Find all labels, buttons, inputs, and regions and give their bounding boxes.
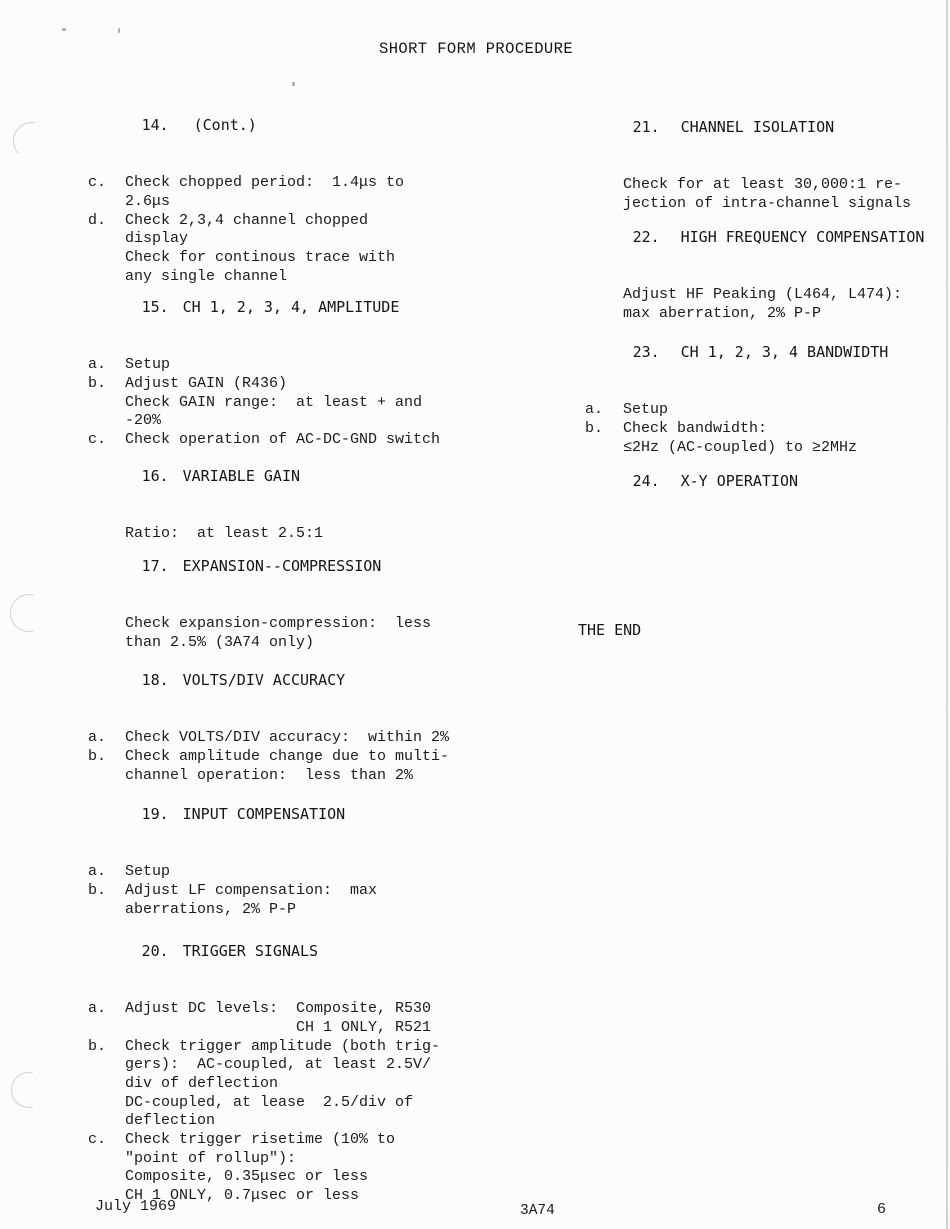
entry-row: c. Check chopped period: 1.4μs to 2.6μs bbox=[88, 174, 404, 211]
entry-row: a. Setup bbox=[88, 863, 377, 882]
entry-label: d. bbox=[88, 212, 125, 231]
punch-hole-mark bbox=[11, 1072, 47, 1108]
item-heading-row: 21.CHANNEL ISOLATION bbox=[575, 99, 911, 156]
entry-label: b. bbox=[585, 420, 623, 439]
entry-row: b. Check trigger amplitude (both trig- g… bbox=[88, 1038, 440, 1132]
entry-row: b. Check bandwidth: ≤2Hz (AC-coupled) to… bbox=[585, 420, 888, 457]
item-number: 16. bbox=[142, 467, 183, 486]
entry-label: c. bbox=[88, 431, 125, 450]
item-heading-row: 24.X-Y OPERATION bbox=[575, 453, 798, 510]
entry-text: Setup bbox=[125, 356, 170, 375]
entry-text: Adjust LF compensation: max aberrations,… bbox=[125, 882, 377, 919]
procedure-item-23: 23.CH 1, 2, 3, 4 BANDWIDTH a. Setup b. C… bbox=[575, 324, 888, 457]
entry-label: b. bbox=[88, 1038, 125, 1057]
item-heading-row: 20.TRIGGER SIGNALS bbox=[84, 923, 440, 980]
entry-label: a. bbox=[88, 356, 125, 375]
procedure-item-14: 14.(Cont.) c. Check chopped period: 1.4μ… bbox=[84, 97, 404, 286]
entry-row: a. Setup bbox=[585, 401, 888, 420]
procedure-item-20: 20.TRIGGER SIGNALS a. Adjust DC levels: … bbox=[84, 923, 440, 1206]
procedure-item-18: 18.VOLTS/DIV ACCURACY a. Check VOLTS/DIV… bbox=[84, 652, 449, 785]
entry-row: d. Check 2,3,4 channel chopped display C… bbox=[88, 212, 404, 287]
item-heading-row: 14.(Cont.) bbox=[84, 97, 404, 154]
entry-row: b. Check amplitude change due to multi- … bbox=[88, 748, 449, 785]
entry-text: Check trigger risetime (10% to "point of… bbox=[125, 1131, 395, 1206]
scan-speck bbox=[118, 28, 120, 33]
scan-speck bbox=[292, 82, 295, 86]
item-heading-row: 15.CH 1, 2, 3, 4, AMPLITUDE bbox=[84, 279, 440, 336]
punch-hole-mark bbox=[13, 122, 51, 160]
entry-text: Check amplitude change due to multi- cha… bbox=[125, 748, 449, 785]
item-heading-row: 18.VOLTS/DIV ACCURACY bbox=[84, 652, 449, 709]
item-number: 24. bbox=[633, 472, 681, 491]
entry-text: Check chopped period: 1.4μs to 2.6μs bbox=[125, 174, 404, 211]
item-number: 19. bbox=[142, 805, 183, 824]
item-heading: CH 1, 2, 3, 4 BANDWIDTH bbox=[681, 343, 889, 361]
entry-text: Check 2,3,4 channel chopped display Chec… bbox=[125, 212, 395, 287]
item-heading: X-Y OPERATION bbox=[681, 472, 798, 490]
scan-speck bbox=[62, 28, 66, 31]
entry-label: a. bbox=[88, 729, 125, 748]
entry-row: a. Adjust DC levels: Composite, R530 CH … bbox=[88, 1000, 440, 1037]
procedure-item-15: 15.CH 1, 2, 3, 4, AMPLITUDE a. Setup b. … bbox=[84, 279, 440, 450]
footer-date: July 1969 bbox=[95, 1198, 176, 1215]
entry-text: Adjust GAIN (R436) Check GAIN range: at … bbox=[125, 375, 422, 431]
item-entries: a. Setup b. Adjust LF compensation: max … bbox=[88, 863, 377, 919]
entry-row: b. Adjust LF compensation: max aberratio… bbox=[88, 882, 377, 919]
item-heading-row: 22.HIGH FREQUENCY COMPENSATION bbox=[575, 209, 924, 266]
entry-text: Check VOLTS/DIV accuracy: within 2% bbox=[125, 729, 449, 748]
item-number: 21. bbox=[633, 118, 681, 137]
item-number: 20. bbox=[142, 942, 183, 961]
item-entries: a. Setup b. Adjust GAIN (R436) Check GAI… bbox=[88, 356, 440, 450]
item-number: 23. bbox=[633, 343, 681, 362]
item-heading: (Cont.) bbox=[194, 116, 257, 134]
item-heading-row: 23.CH 1, 2, 3, 4 BANDWIDTH bbox=[575, 324, 888, 381]
item-heading-row: 19.INPUT COMPENSATION bbox=[84, 786, 377, 843]
item-entries: a. Setup b. Check bandwidth: ≤2Hz (AC-co… bbox=[585, 401, 888, 457]
footer-page-number: 6 bbox=[877, 1201, 886, 1218]
entry-label: c. bbox=[88, 1131, 125, 1150]
item-number: 14. bbox=[142, 116, 183, 135]
item-heading-row: 17.EXPANSION--COMPRESSION bbox=[84, 538, 431, 595]
entry-label: b. bbox=[88, 375, 125, 394]
entry-row: c. Check operation of AC-DC-GND switch bbox=[88, 431, 440, 450]
closing-text: THE END bbox=[578, 621, 641, 639]
entry-text: Adjust DC levels: Composite, R530 CH 1 O… bbox=[125, 1000, 431, 1037]
punch-hole-mark bbox=[10, 594, 48, 632]
entry-label: a. bbox=[88, 1000, 125, 1019]
procedure-item-19: 19.INPUT COMPENSATION a. Setup b. Adjust… bbox=[84, 786, 377, 919]
item-heading: CH 1, 2, 3, 4, AMPLITUDE bbox=[183, 298, 400, 316]
item-body-text: Adjust HF Peaking (L464, L474): max aber… bbox=[623, 286, 924, 323]
item-heading: INPUT COMPENSATION bbox=[183, 805, 346, 823]
entry-label: b. bbox=[88, 882, 125, 901]
procedure-item-16: 16.VARIABLE GAIN Ratio: at least 2.5:1 bbox=[84, 448, 323, 544]
entry-row: b. Adjust GAIN (R436) Check GAIN range: … bbox=[88, 375, 440, 431]
item-number: 18. bbox=[142, 671, 183, 690]
item-body-text: Check expansion-compression: less than 2… bbox=[125, 615, 431, 652]
document-page: SHORT FORM PROCEDURE 14.(Cont.) c. Check… bbox=[0, 0, 950, 1229]
page-title: SHORT FORM PROCEDURE bbox=[379, 40, 573, 58]
item-number: 15. bbox=[142, 298, 183, 317]
entry-text: Check bandwidth: ≤2Hz (AC-coupled) to ≥2… bbox=[623, 420, 857, 457]
item-heading: CHANNEL ISOLATION bbox=[681, 118, 835, 136]
procedure-item-17: 17.EXPANSION--COMPRESSION Check expansio… bbox=[84, 538, 431, 653]
item-body-text: Check for at least 30,000:1 re- jection … bbox=[623, 176, 911, 213]
page-edge-shadow bbox=[946, 0, 948, 1229]
item-heading: EXPANSION--COMPRESSION bbox=[183, 557, 382, 575]
entry-text: Setup bbox=[125, 863, 170, 882]
entry-label: b. bbox=[88, 748, 125, 767]
procedure-item-24: 24.X-Y OPERATION bbox=[575, 453, 798, 510]
item-heading: VARIABLE GAIN bbox=[183, 467, 300, 485]
entry-text: Check operation of AC-DC-GND switch bbox=[125, 431, 440, 450]
item-number: 22. bbox=[633, 228, 681, 247]
item-entries: a. Adjust DC levels: Composite, R530 CH … bbox=[88, 1000, 440, 1206]
entry-row: a. Check VOLTS/DIV accuracy: within 2% bbox=[88, 729, 449, 748]
entry-label: c. bbox=[88, 174, 125, 193]
item-number: 17. bbox=[142, 557, 183, 576]
footer-model: 3A74 bbox=[520, 1203, 555, 1219]
item-heading: HIGH FREQUENCY COMPENSATION bbox=[681, 228, 925, 246]
entry-label: a. bbox=[585, 401, 623, 420]
entry-text: Check trigger amplitude (both trig- gers… bbox=[125, 1038, 440, 1132]
entry-text: Setup bbox=[623, 401, 668, 420]
entry-label: a. bbox=[88, 863, 125, 882]
item-heading: TRIGGER SIGNALS bbox=[183, 942, 318, 960]
item-heading: VOLTS/DIV ACCURACY bbox=[183, 671, 346, 689]
item-heading-row: 16.VARIABLE GAIN bbox=[84, 448, 323, 505]
procedure-item-21: 21.CHANNEL ISOLATION Check for at least … bbox=[575, 99, 911, 214]
item-entries: a. Check VOLTS/DIV accuracy: within 2% b… bbox=[88, 729, 449, 785]
entry-row: c. Check trigger risetime (10% to "point… bbox=[88, 1131, 440, 1206]
item-entries: c. Check chopped period: 1.4μs to 2.6μs … bbox=[88, 174, 404, 286]
procedure-item-22: 22.HIGH FREQUENCY COMPENSATION Adjust HF… bbox=[575, 209, 924, 324]
entry-row: a. Setup bbox=[88, 356, 440, 375]
